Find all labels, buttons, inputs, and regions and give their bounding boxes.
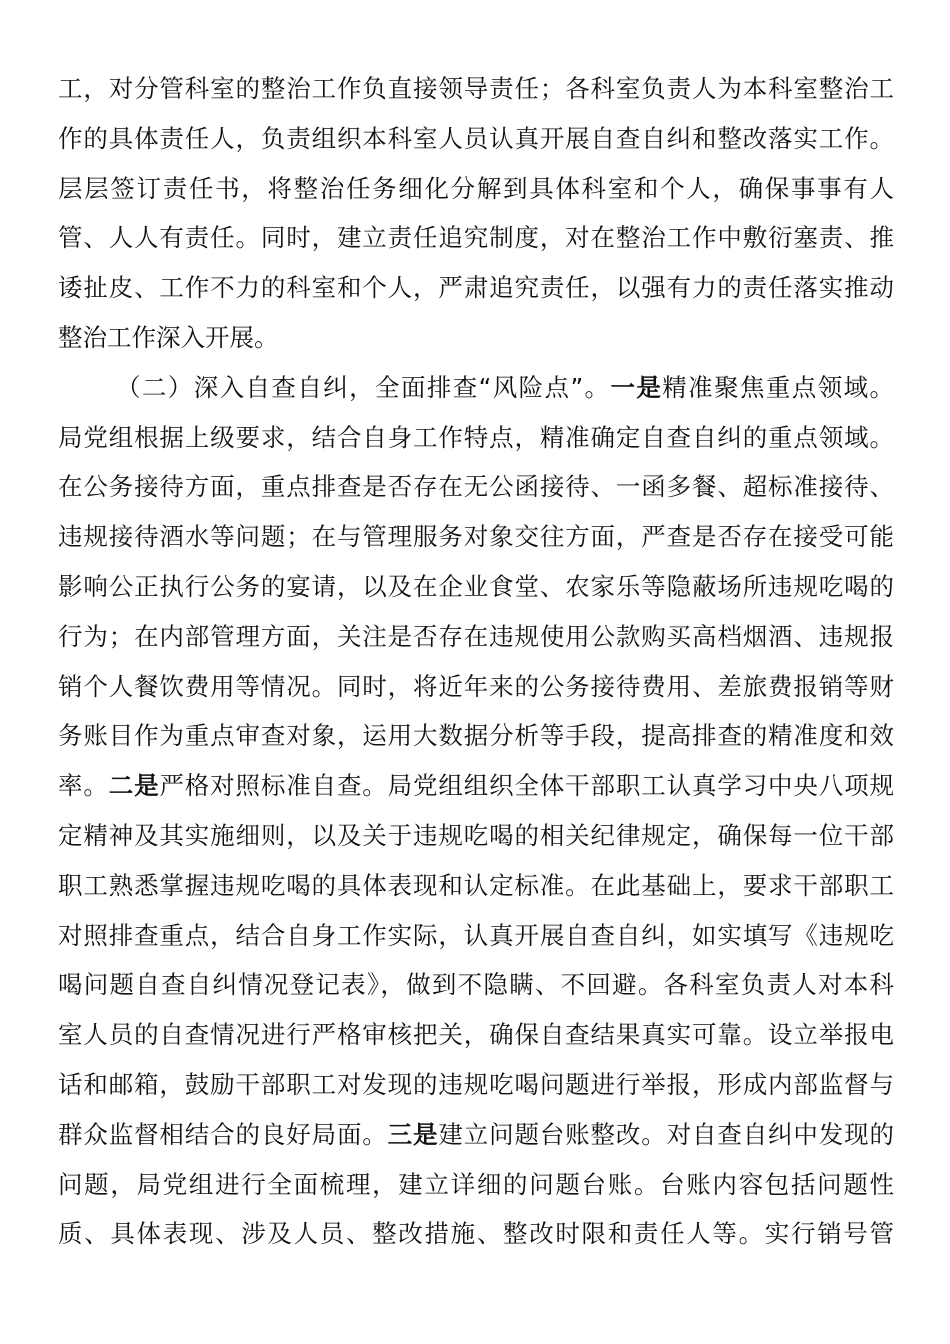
document-body: 工，对分管科室的整治工作负直接领导责任；各科室负责人为本科室整治工作的具体责任人…	[58, 64, 894, 1259]
text-line: 喝问题自查自纠情况登记表》，做到不隐瞒、不回避。各科室负责人对本科	[58, 960, 894, 1010]
text-run: 整治工作深入开展。	[58, 323, 279, 352]
text-run: 违规接待酒水等问题；在与管理服务对象交往方面，严查是否存在接受可能	[58, 522, 894, 551]
text-run: 问题，局党组进行全面梳理，建立详细的问题台账。台账内容包括问题性	[58, 1170, 894, 1199]
text-run: 定精神及其实施细则，以及关于违规吃喝的相关纪律规定，确保每一位干部	[58, 821, 894, 850]
text-run: 喝问题自查自纠情况登记表》，做到不隐瞒、不回避。各科室负责人对本科	[58, 970, 894, 999]
document-page: 工，对分管科室的整治工作负直接领导责任；各科室负责人为本科室整治工作的具体责任人…	[0, 0, 950, 1344]
text-line: 话和邮箱，鼓励干部职工对发现的违规吃喝问题进行举报，形成内部监督与	[58, 1060, 894, 1110]
bold-lead-phrase: 三是	[388, 1120, 439, 1149]
text-line: 违规接待酒水等问题；在与管理服务对象交往方面，严查是否存在接受可能	[58, 512, 894, 562]
text-run: 质、具体表现、涉及人员、整改措施、整改时限和责任人等。实行销号管	[58, 1219, 894, 1248]
text-line: 定精神及其实施细则，以及关于违规吃喝的相关纪律规定，确保每一位干部	[58, 811, 894, 861]
text-run: 话和邮箱，鼓励干部职工对发现的违规吃喝问题进行举报，形成内部监督与	[58, 1070, 894, 1099]
text-run: 工，对分管科室的整治工作负直接领导责任；各科室负责人为本科室整治工	[58, 74, 894, 103]
text-line: 职工熟悉掌握违规吃喝的具体表现和认定标准。在此基础上，要求干部职工	[58, 861, 894, 911]
text-run: 室人员的自查情况进行严格审核把关，确保自查结果真实可靠。设立举报电	[58, 1020, 894, 1049]
text-run: 建立问题台账整改。对自查自纠中发现的	[438, 1120, 894, 1149]
bold-lead-phrase: 一是	[610, 373, 662, 402]
text-line: 在公务接待方面，重点排查是否存在无公函接待、一函多餐、超标准接待、	[58, 462, 894, 512]
text-line: 对照排查重点，结合自身工作实际，认真开展自查自纠，如实填写《违规吃	[58, 911, 894, 961]
text-line: 局党组根据上级要求，结合自身工作特点，精准确定自查自纠的重点领域。	[58, 413, 894, 463]
text-line: 群众监督相结合的良好局面。三是建立问题台账整改。对自查自纠中发现的	[58, 1110, 894, 1160]
text-line: 销个人餐饮费用等情况。同时，将近年来的公务接待费用、差旅费报销等财	[58, 662, 894, 712]
text-run: 行为；在内部管理方面，关注是否存在违规使用公款购买高档烟酒、违规报	[58, 622, 894, 651]
text-line: 作的具体责任人，负责组织本科室人员认真开展自查自纠和整改落实工作。	[58, 114, 894, 164]
text-run: 群众监督相结合的良好局面。	[58, 1120, 388, 1149]
text-line: 诿扯皮、工作不力的科室和个人，严肃追究责任，以强有力的责任落实推动	[58, 263, 894, 313]
text-run: 对照排查重点，结合自身工作实际，认真开展自查自纠，如实填写《违规吃	[58, 921, 894, 950]
text-run: 管、人人有责任。同时，建立责任追究制度，对在整治工作中敷衍塞责、推	[58, 223, 894, 252]
text-line: 层层签订责任书，将整治任务细化分解到具体科室和个人，确保事事有人	[58, 164, 894, 214]
text-run: （二）深入自查自纠，全面排查“风险点”。	[116, 373, 610, 402]
text-run: 率。	[58, 771, 109, 800]
text-line: 影响公正执行公务的宴请，以及在企业食堂、农家乐等隐蔽场所违规吃喝的	[58, 562, 894, 612]
text-line: 质、具体表现、涉及人员、整改措施、整改时限和责任人等。实行销号管	[58, 1209, 894, 1259]
text-run: 精准聚焦重点领域。	[662, 373, 894, 402]
text-line: 室人员的自查情况进行严格审核把关，确保自查结果真实可靠。设立举报电	[58, 1010, 894, 1060]
text-line: 率。二是严格对照标准自查。局党组组织全体干部职工认真学习中央八项规	[58, 761, 894, 811]
text-run: 销个人餐饮费用等情况。同时，将近年来的公务接待费用、差旅费报销等财	[58, 672, 894, 701]
text-line: 整治工作深入开展。	[58, 313, 894, 363]
text-line: 务账目作为重点审查对象，运用大数据分析等手段，提高排查的精准度和效	[58, 711, 894, 761]
text-run: 影响公正执行公务的宴请，以及在企业食堂、农家乐等隐蔽场所违规吃喝的	[58, 572, 894, 601]
text-run: 诿扯皮、工作不力的科室和个人，严肃追究责任，以强有力的责任落实推动	[58, 273, 894, 302]
text-line: 问题，局党组进行全面梳理，建立详细的问题台账。台账内容包括问题性	[58, 1160, 894, 1210]
text-run: 职工熟悉掌握违规吃喝的具体表现和认定标准。在此基础上，要求干部职工	[58, 871, 894, 900]
text-run: 作的具体责任人，负责组织本科室人员认真开展自查自纠和整改落实工作。	[58, 124, 894, 153]
text-run: 层层签订责任书，将整治任务细化分解到具体科室和个人，确保事事有人	[58, 174, 894, 203]
text-line: 工，对分管科室的整治工作负直接领导责任；各科室负责人为本科室整治工	[58, 64, 894, 114]
text-line: 管、人人有责任。同时，建立责任追究制度，对在整治工作中敷衍塞责、推	[58, 213, 894, 263]
text-run: 局党组根据上级要求，结合自身工作特点，精准确定自查自纠的重点领域。	[58, 423, 894, 452]
text-run: 严格对照标准自查。局党组组织全体干部职工认真学习中央八项规	[159, 771, 894, 800]
text-line: 行为；在内部管理方面，关注是否存在违规使用公款购买高档烟酒、违规报	[58, 612, 894, 662]
text-run: 务账目作为重点审查对象，运用大数据分析等手段，提高排查的精准度和效	[58, 721, 894, 750]
bold-lead-phrase: 二是	[109, 771, 160, 800]
text-run: 在公务接待方面，重点排查是否存在无公函接待、一函多餐、超标准接待、	[58, 472, 894, 501]
text-line: （二）深入自查自纠，全面排查“风险点”。一是精准聚焦重点领域。	[58, 363, 894, 413]
